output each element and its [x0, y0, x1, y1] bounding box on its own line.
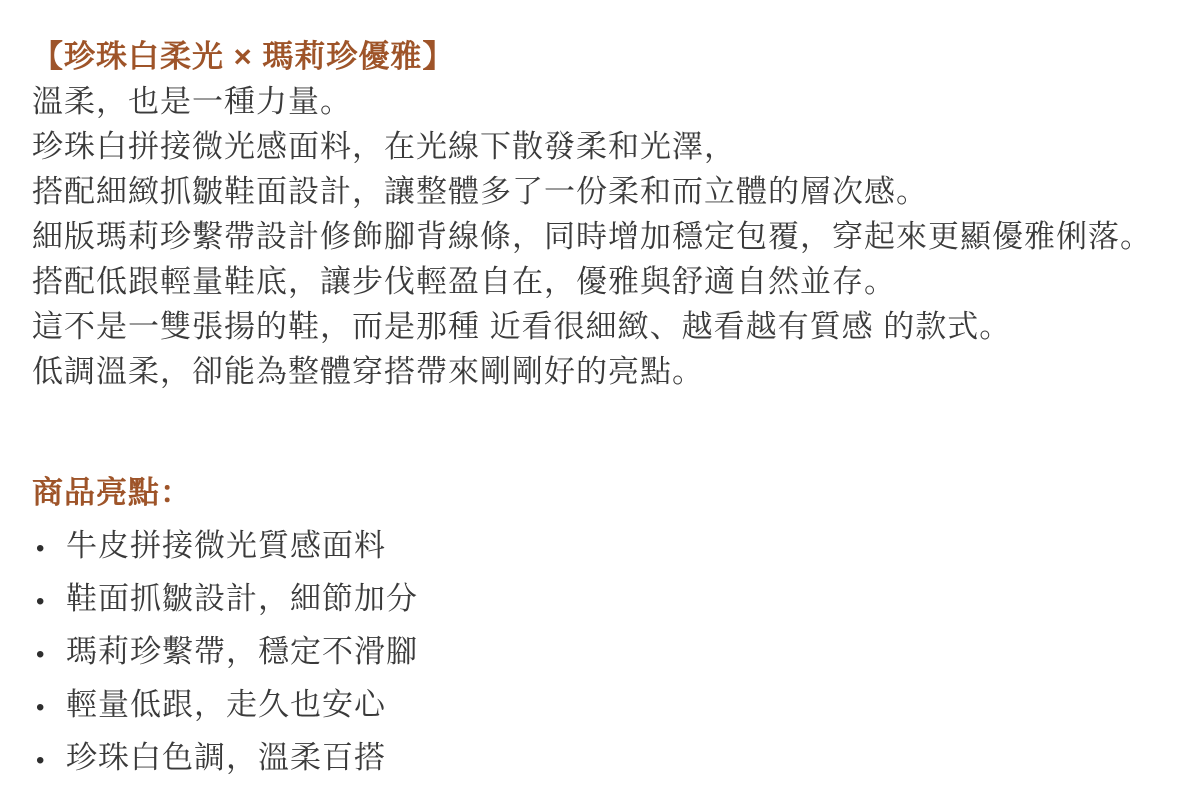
list-item: • 瑪莉珍繫帶，穩定不滑腳	[32, 627, 1184, 680]
bullet-icon: •	[36, 736, 66, 786]
list-item-label: 輕量低跟，走久也安心	[66, 680, 386, 730]
intro-paragraph: 溫柔，也是一種力量。 珍珠白拼接微光感面料，在光線下散發柔和光澤， 搭配細緻抓皺…	[32, 79, 1184, 394]
list-item-label: 瑪莉珍繫帶，穩定不滑腳	[66, 627, 418, 677]
highlights-list: • 牛皮拼接微光質感面料 • 鞋面抓皺設計，細節加分 • 瑪莉珍繫帶，穩定不滑腳…	[32, 521, 1184, 786]
bullet-icon: •	[36, 683, 66, 733]
intro-line: 溫柔，也是一種力量。	[32, 79, 1184, 124]
list-item: • 鞋面抓皺設計，細節加分	[32, 574, 1184, 627]
intro-line: 這不是一雙張揚的鞋，而是那種 近看很細緻、越看越有質感 的款式。	[32, 304, 1184, 349]
intro-line: 搭配細緻抓皺鞋面設計，讓整體多了一份柔和而立體的層次感。	[32, 169, 1184, 214]
section-spacer	[32, 394, 1184, 470]
list-item: • 輕量低跟，走久也安心	[32, 680, 1184, 733]
intro-line: 低調溫柔，卻能為整體穿搭帶來剛剛好的亮點。	[32, 349, 1184, 394]
bullet-icon: •	[36, 577, 66, 627]
bullet-icon: •	[36, 524, 66, 574]
intro-line: 細版瑪莉珍繫帶設計修飾腳背線條，同時增加穩定包覆，穿起來更顯優雅俐落。	[32, 214, 1184, 259]
list-item-label: 鞋面抓皺設計，細節加分	[66, 574, 418, 624]
highlights-heading: 商品亮點：	[32, 470, 1184, 515]
intro-line: 搭配低跟輕量鞋底，讓步伐輕盈自在，優雅與舒適自然並存。	[32, 259, 1184, 304]
intro-line: 珍珠白拼接微光感面料，在光線下散發柔和光澤，	[32, 124, 1184, 169]
list-item: • 牛皮拼接微光質感面料	[32, 521, 1184, 574]
list-item: • 珍珠白色調，溫柔百搭	[32, 733, 1184, 786]
bullet-icon: •	[36, 630, 66, 680]
list-item-label: 珍珠白色調，溫柔百搭	[66, 733, 386, 783]
page-title: 【珍珠白柔光 × 瑪莉珍優雅】	[32, 34, 1184, 79]
list-item-label: 牛皮拼接微光質感面料	[66, 521, 386, 571]
product-description-document: 【珍珠白柔光 × 瑪莉珍優雅】 溫柔，也是一種力量。 珍珠白拼接微光感面料，在光…	[0, 0, 1200, 805]
